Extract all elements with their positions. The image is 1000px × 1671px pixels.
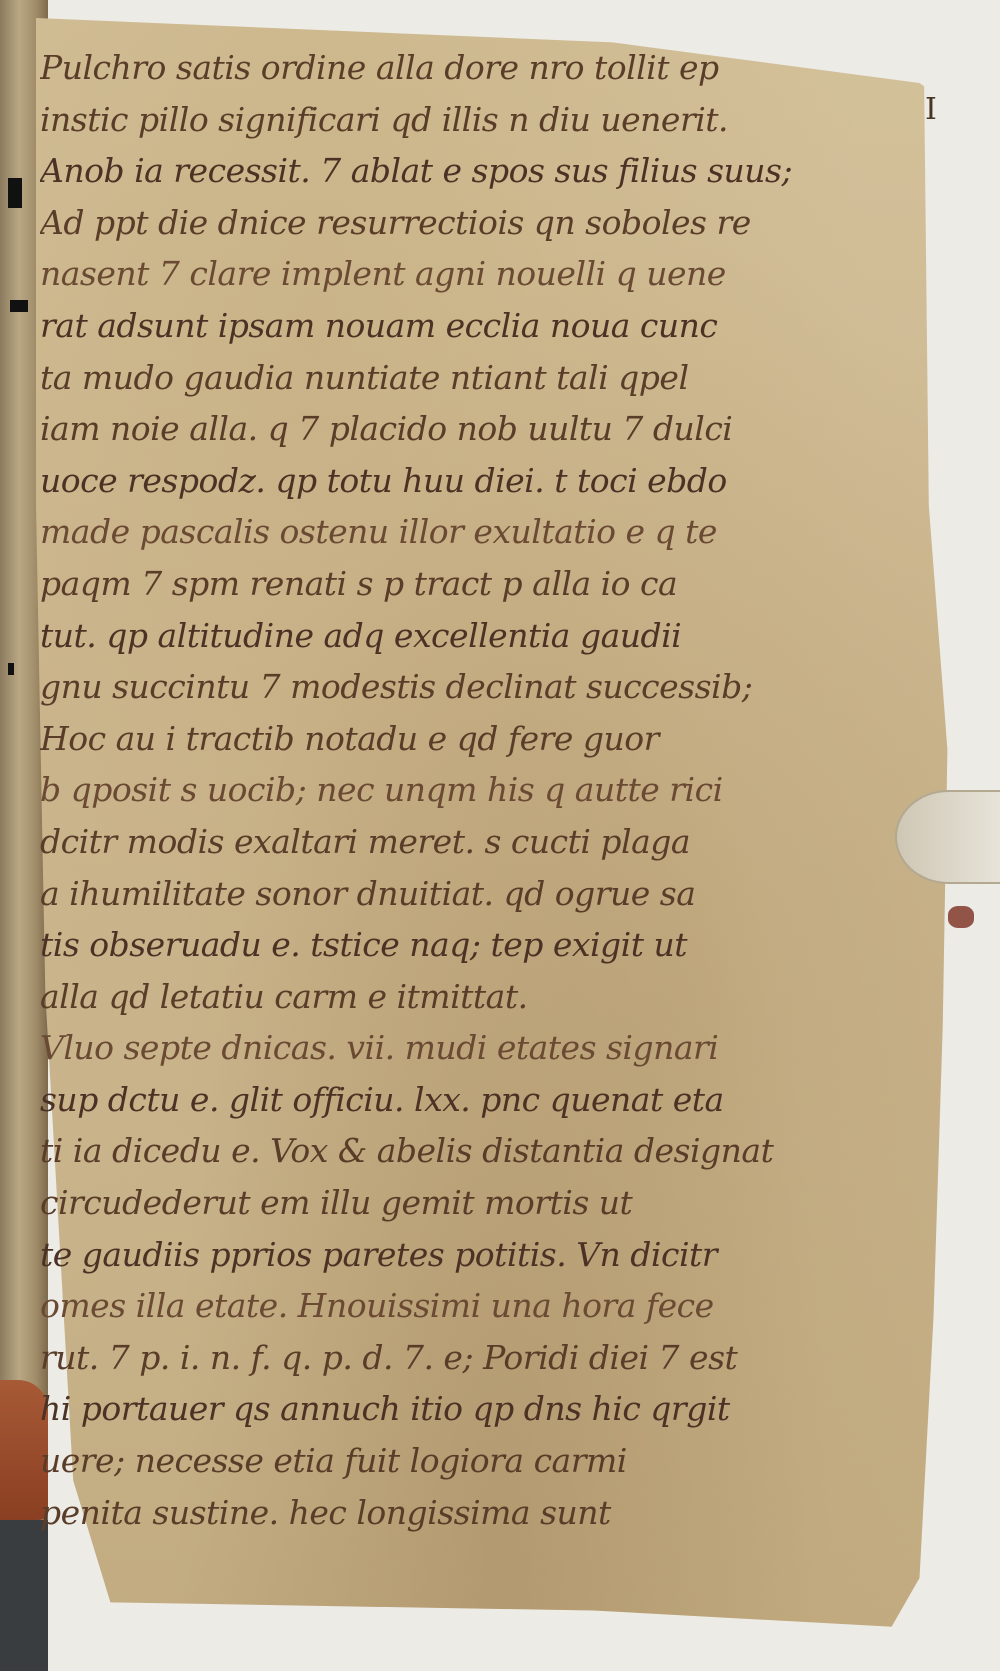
text-line: sup dctu e. glit officiu. lxx. pnc quena…: [40, 1074, 890, 1126]
text-line: omes illa etate. Hnouissimi una hora fec…: [40, 1280, 890, 1332]
text-line: uere; necesse etia fuit logiora carmi: [40, 1435, 890, 1487]
text-line: nasent 7 clare implent agni nouelli q ue…: [40, 248, 890, 300]
binding-hole: [8, 663, 14, 675]
text-line: Vluo septe dnicas. vii. mudi etates sign…: [40, 1022, 890, 1074]
text-line: a ihumilitate sonor dnuitiat. qd ogrue s…: [40, 868, 890, 920]
binding-hole: [8, 178, 22, 208]
text-line: made pascalis ostenu illor exultatio e q…: [40, 506, 890, 558]
page-clip: [895, 790, 1000, 884]
text-line: gnu succintu 7 modestis declinat success…: [40, 661, 890, 713]
folio-number: I: [925, 92, 937, 127]
text-line: iam noie alla. q 7 placido nob uultu 7 d…: [40, 403, 890, 455]
text-line: uoce respodz. qp totu huu diei. t toci e…: [40, 455, 890, 507]
red-ink-stain: [948, 906, 974, 928]
text-line: tis obseruadu e. tstice naq; tep exigit …: [40, 919, 890, 971]
text-line: dcitr modis exaltari meret. s cucti plag…: [40, 816, 890, 868]
text-line: Pulchro satis ordine alla dore nro tolli…: [40, 42, 890, 94]
text-line: Hoc au i tractib notadu e qd fere guor: [40, 713, 890, 765]
text-line: rat adsunt ipsam nouam ecclia noua cunc: [40, 300, 890, 352]
text-line: alla qd letatiu carm e itmittat.: [40, 971, 890, 1023]
text-line: ti ia dicedu e. Vox & abelis distantia d…: [40, 1125, 890, 1177]
text-line: penita sustine. hec longissima sunt: [40, 1487, 890, 1539]
text-line: instic pillo significari qd illis n diu …: [40, 94, 890, 146]
text-line: hi portauer qs annuch itio qp dns hic qr…: [40, 1383, 890, 1435]
binding-corner: [0, 1520, 48, 1671]
text-line: circudederut em illu gemit mortis ut: [40, 1177, 890, 1229]
text-line: tut. qp altitudine adq excellentia gaudi…: [40, 610, 890, 662]
text-line: ta mudo gaudia nuntiate ntiant tali qpel: [40, 352, 890, 404]
text-line: rut. 7 p. i. n. f. q. p. d. 7. e; Poridi…: [40, 1332, 890, 1384]
text-line: te gaudiis pprios paretes potitis. Vn di…: [40, 1229, 890, 1281]
text-line: Anob ia recessit. 7 ablat e spos sus fil…: [40, 145, 890, 197]
text-line: paqm 7 spm renati s p tract p alla io ca: [40, 558, 890, 610]
text-line: Ad ppt die dnice resurrectiois qn sobole…: [40, 197, 890, 249]
text-line: b qposit s uocib; nec unqm his q autte r…: [40, 764, 890, 816]
binding-hole: [10, 300, 28, 312]
manuscript-text: Pulchro satis ordine alla dore nro tolli…: [40, 42, 890, 1538]
